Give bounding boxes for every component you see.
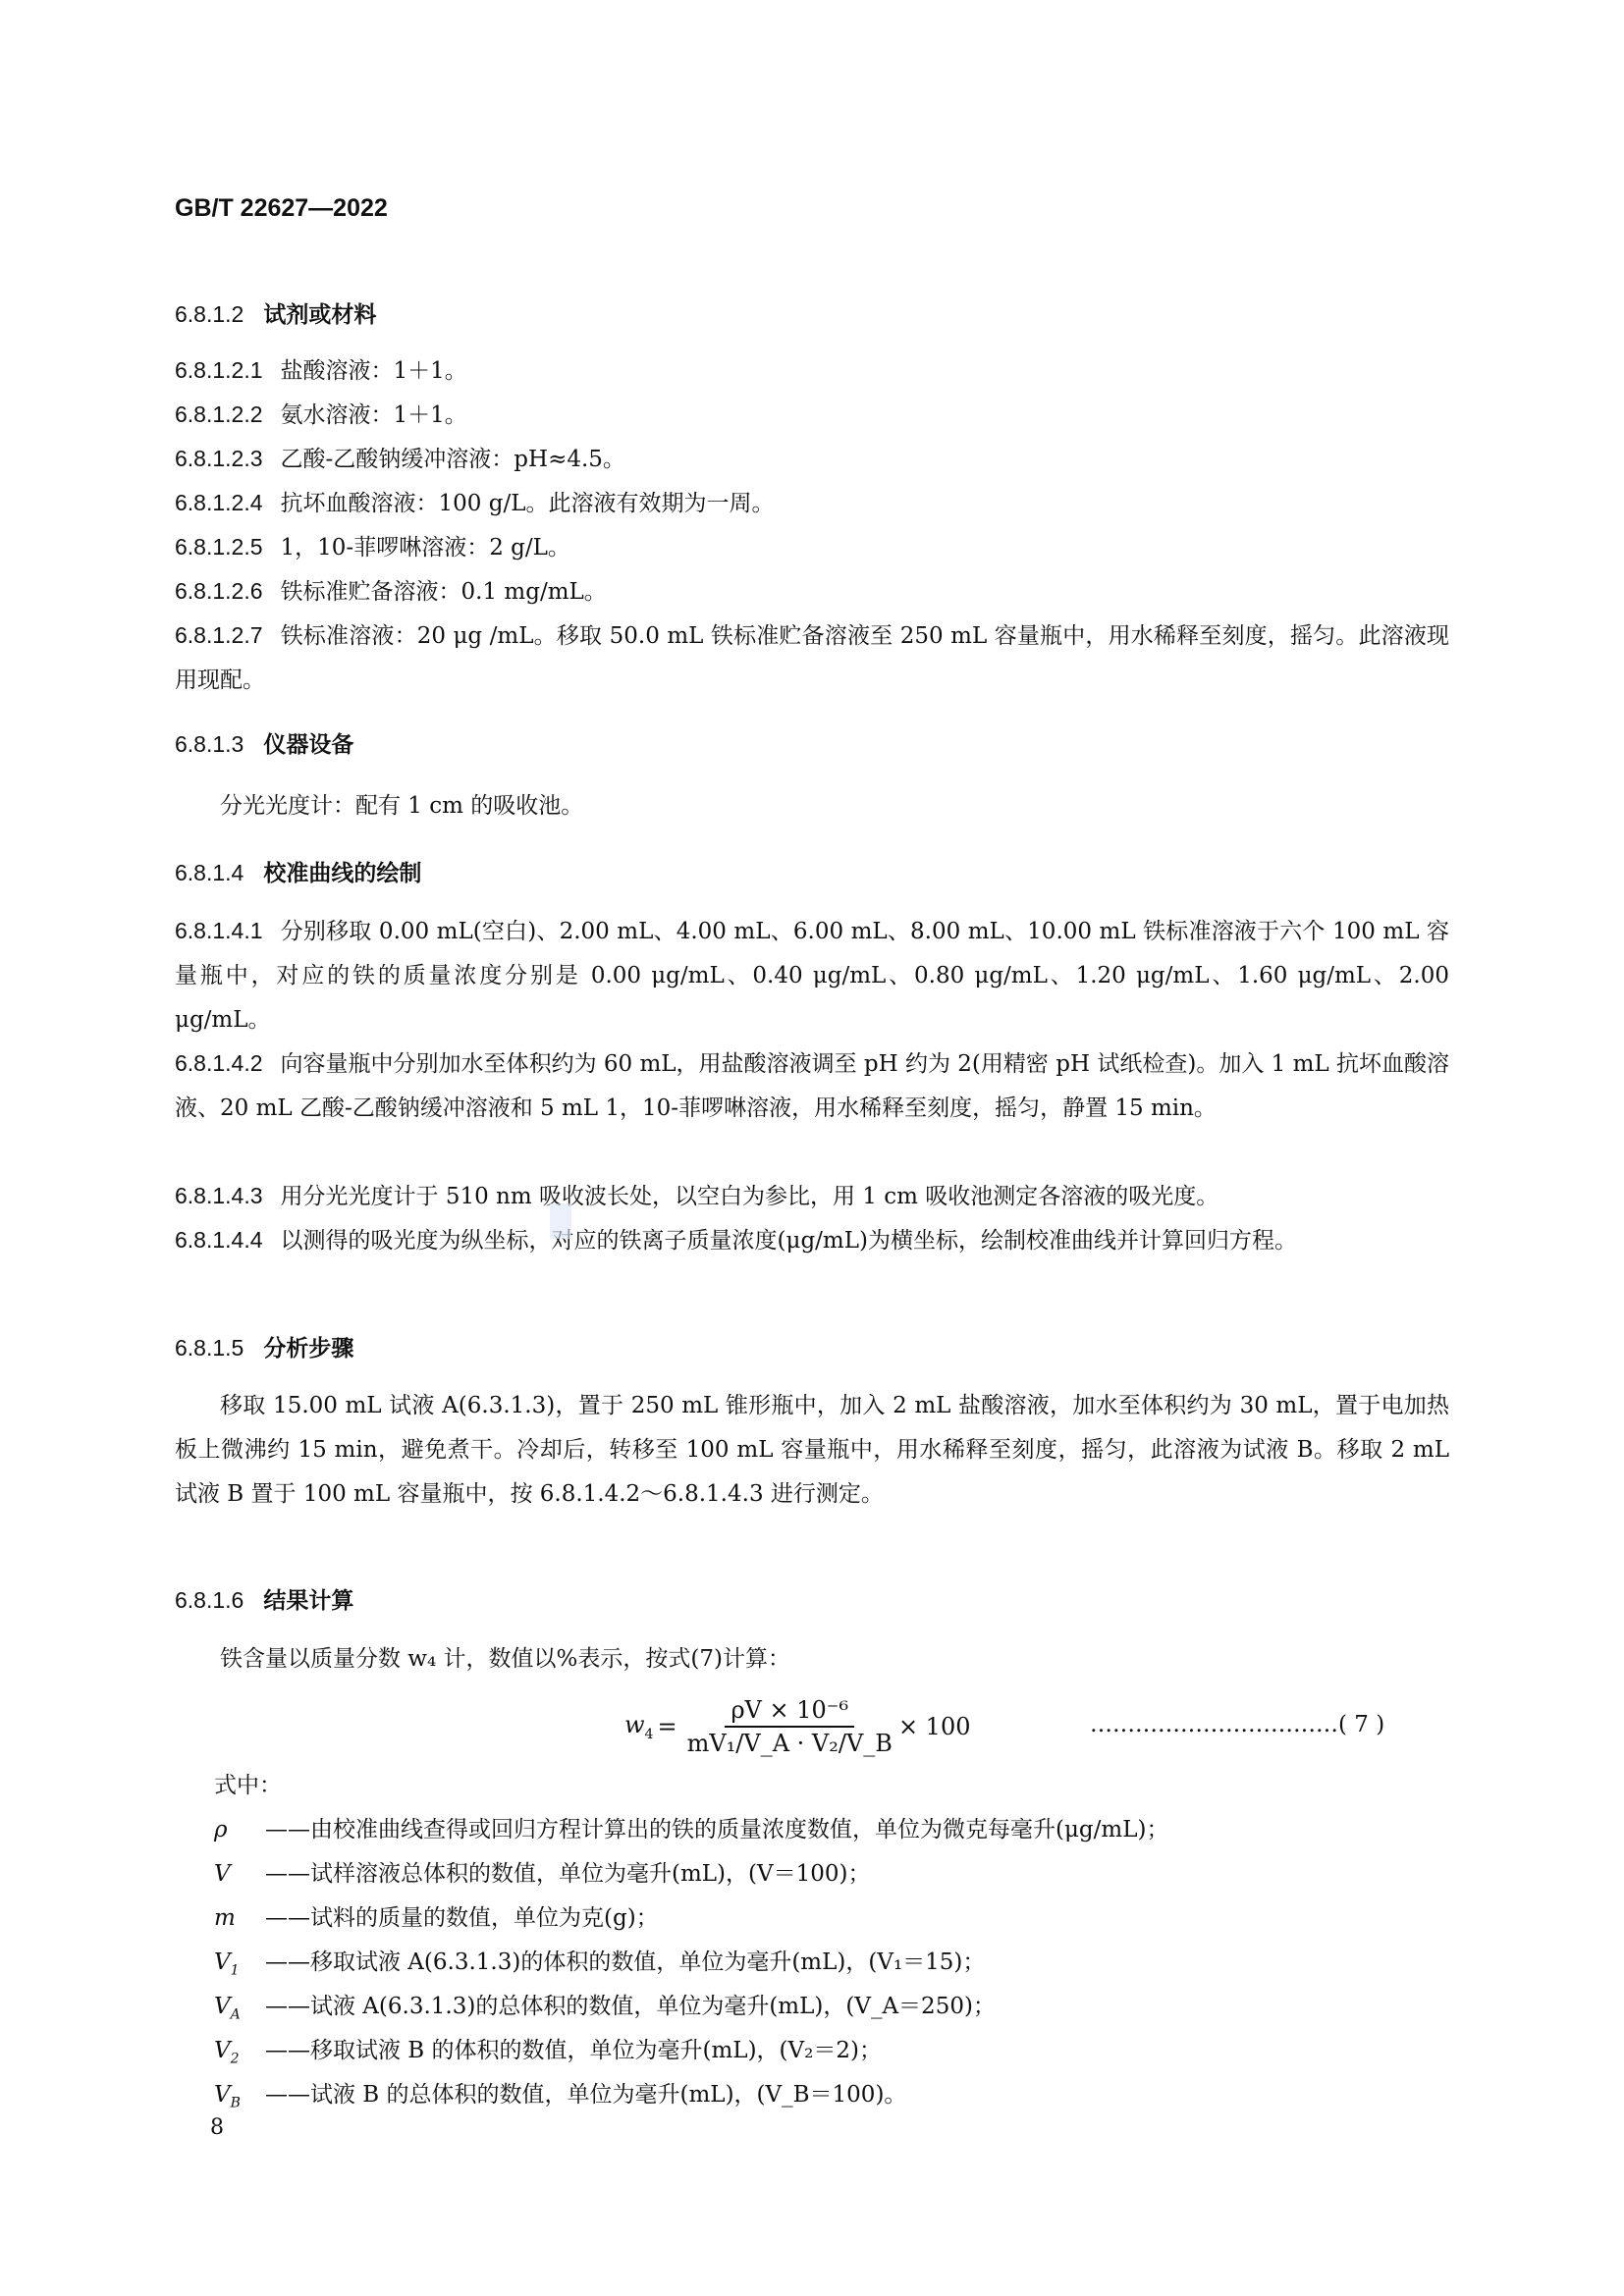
formula-fraction: ρV × 10⁻⁶ mV₁/V_A · V₂/V_B: [687, 1696, 893, 1757]
item-text: 盐酸溶液：1＋1。: [281, 358, 467, 384]
item-number: 6.8.1.4.4: [175, 1227, 263, 1253]
section-heading-6-8-1-2: 6.8.1.2试剂或材料: [175, 296, 376, 329]
list-item: 6.8.1.2.51，10-菲啰啉溶液：2 g/L。: [175, 525, 1449, 570]
def-sub: A: [231, 2007, 241, 2023]
item-number: 6.8.1.2.1: [175, 357, 263, 383]
item-number: 6.8.1.2.3: [175, 446, 263, 471]
list-item: 6.8.1.2.2氨水溶液：1＋1。: [175, 393, 1449, 438]
section-heading-6-8-1-4: 6.8.1.4校准曲线的绘制: [175, 855, 421, 887]
list-item: 6.8.1.4.2向容量瓶中分别加水至体积约为 60 mL，用盐酸溶液调至 pH…: [175, 1041, 1449, 1131]
definition-item: m——试料的质量的数值，单位为克(g)；: [214, 1899, 659, 1935]
item-text: 用分光光度计于 510 nm 吸收波长处，以空白为参比，用 1 cm 吸收池测定…: [281, 1184, 1219, 1209]
list-item: 6.8.1.2.4抗坏血酸溶液：100 g/L。此溶液有效期为一周。: [175, 481, 1449, 526]
paragraph: 分光光度计：配有 1 cm 的吸收池。: [175, 784, 1449, 828]
formula-7: w4 = ρV × 10⁻⁶ mV₁/V_A · V₂/V_B × 100: [624, 1696, 970, 1757]
def-text: ——由校准曲线查得或回归方程计算出的铁的质量浓度数值，单位为微克每毫升(μg/m…: [265, 1817, 1168, 1842]
def-sub: B: [231, 2096, 241, 2111]
item-text: 以测得的吸光度为纵坐标，对应的铁离子质量浓度(μg/mL)为横坐标，绘制校准曲线…: [281, 1228, 1297, 1254]
section-title: 试剂或材料: [263, 301, 376, 327]
item-text: 向容量瓶中分别加水至体积约为 60 mL，用盐酸溶液调至 pH 约为 2(用精密…: [175, 1051, 1449, 1121]
list-item: 6.8.1.2.7铁标准溶液：20 μg /mL。移取 50.0 mL 铁标准贮…: [175, 614, 1449, 703]
def-text: ——移取试液 A(6.3.1.3)的体积的数值，单位为毫升(mL)，(V₁＝15…: [265, 1949, 985, 1975]
definition-item: V2——移取试液 B 的体积的数值，单位为毫升(mL)，(V₂＝2)；: [214, 2032, 882, 2067]
paragraph: 移取 15.00 mL 试液 A(6.3.1.3)，置于 250 mL 锥形瓶中…: [175, 1384, 1449, 1517]
definition-item: VA——试液 A(6.3.1.3)的总体积的数值，单位为毫升(mL)，(V_A＝…: [214, 1988, 996, 2023]
formula-times-100: × 100: [898, 1713, 971, 1740]
section-title: 仪器设备: [263, 731, 353, 757]
section-title: 校准曲线的绘制: [263, 860, 421, 885]
where-label: 式中：: [214, 1767, 282, 1799]
definition-item: VB——试液 B 的总体积的数值，单位为毫升(mL)，(V_B＝100)。: [214, 2076, 906, 2111]
def-text: ——试液 B 的总体积的数值，单位为毫升(mL)，(V_B＝100)。: [265, 2082, 906, 2108]
formula-denominator: mV₁/V_A · V₂/V_B: [687, 1728, 893, 1757]
item-number: 6.8.1.2.6: [175, 578, 263, 604]
definition-item: ρ——由校准曲线查得或回归方程计算出的铁的质量浓度数值，单位为微克每毫升(μg/…: [214, 1811, 1168, 1846]
item-text: 1，10-菲啰啉溶液：2 g/L。: [281, 535, 570, 561]
section-heading-6-8-1-6: 6.8.1.6结果计算: [175, 1582, 353, 1615]
formula-lhs-sub: 4: [645, 1727, 654, 1742]
def-symbol: ρ: [214, 1817, 228, 1842]
list-item: 6.8.1.2.6铁标准贮备溶液：0.1 mg/mL。: [175, 569, 1449, 614]
def-text: ——试料的质量的数值，单位为克(g)；: [265, 1905, 659, 1931]
section-title: 分析步骤: [263, 1335, 353, 1361]
item-number: 6.8.1.4.1: [175, 918, 263, 943]
def-symbol: V: [214, 1994, 231, 2019]
def-symbol: V: [214, 1861, 231, 1887]
equation-number: ……………………………( 7 ): [1090, 1712, 1384, 1737]
definition-item: V1——移取试液 A(6.3.1.3)的体积的数值，单位为毫升(mL)，(V₁＝…: [214, 1944, 985, 1979]
list-item: 6.8.1.4.3用分光光度计于 510 nm 吸收波长处，以空白为参比，用 1…: [175, 1174, 1449, 1219]
section-number: 6.8.1.3: [175, 731, 244, 757]
item-text: 抗坏血酸溶液：100 g/L。此溶液有效期为一周。: [281, 491, 775, 516]
item-text: 铁标准贮备溶液：0.1 mg/mL。: [281, 579, 607, 605]
def-symbol: V: [214, 2038, 231, 2063]
section-heading-6-8-1-5: 6.8.1.5分析步骤: [175, 1330, 353, 1362]
item-number: 6.8.1.2.2: [175, 401, 263, 427]
item-number: 6.8.1.4.2: [175, 1050, 263, 1076]
item-number: 6.8.1.2.4: [175, 490, 263, 515]
formula-lhs: w: [624, 1711, 645, 1738]
section-number: 6.8.1.5: [175, 1335, 244, 1361]
page-number: 8: [210, 2115, 224, 2140]
item-number: 6.8.1.4.3: [175, 1183, 263, 1208]
formula-numerator: ρV × 10⁻⁶: [725, 1696, 854, 1728]
def-sub: 2: [231, 2052, 240, 2067]
formula-equals: =: [657, 1713, 677, 1740]
section-number: 6.8.1.2: [175, 301, 244, 327]
list-item: 6.8.1.4.1分别移取 0.00 mL(空白)、2.00 mL、4.00 m…: [175, 909, 1449, 1042]
def-symbol: V: [214, 2082, 231, 2108]
def-symbol: m: [214, 1905, 236, 1931]
item-text: 乙酸-乙酸钠缓冲溶液：pH≈4.5。: [281, 447, 625, 472]
def-sub: 1: [231, 1963, 240, 1979]
item-text: 铁标准溶液：20 μg /mL。移取 50.0 mL 铁标准贮备溶液至 250 …: [175, 623, 1449, 693]
paragraph: 铁含量以质量分数 w₄ 计，数值以%表示，按式(7)计算：: [175, 1637, 1449, 1682]
list-item: 6.8.1.2.3乙酸-乙酸钠缓冲溶液：pH≈4.5。: [175, 437, 1449, 482]
section-number: 6.8.1.6: [175, 1587, 244, 1613]
definition-item: V——试样溶液总体积的数值，单位为毫升(mL)，(V＝100)；: [214, 1855, 871, 1891]
def-symbol: V: [214, 1949, 231, 1975]
section-title: 结果计算: [263, 1587, 353, 1613]
watermark-mark: [550, 1203, 571, 1239]
section-heading-6-8-1-3: 6.8.1.3仪器设备: [175, 726, 353, 759]
item-number: 6.8.1.2.7: [175, 622, 263, 648]
list-item: 6.8.1.2.1盐酸溶液：1＋1。: [175, 348, 1449, 394]
item-text: 氨水溶液：1＋1。: [281, 402, 467, 428]
list-item: 6.8.1.4.4以测得的吸光度为纵坐标，对应的铁离子质量浓度(μg/mL)为横…: [175, 1218, 1449, 1263]
def-text: ——试样溶液总体积的数值，单位为毫升(mL)，(V＝100)；: [265, 1861, 871, 1887]
section-number: 6.8.1.4: [175, 860, 244, 885]
item-text: 分别移取 0.00 mL(空白)、2.00 mL、4.00 mL、6.00 mL…: [175, 919, 1449, 1033]
standard-number-header: GB/T 22627—2022: [175, 194, 388, 223]
def-text: ——试液 A(6.3.1.3)的总体积的数值，单位为毫升(mL)，(V_A＝25…: [265, 1994, 996, 2019]
item-number: 6.8.1.2.5: [175, 534, 263, 560]
def-text: ——移取试液 B 的体积的数值，单位为毫升(mL)，(V₂＝2)；: [265, 2038, 882, 2063]
